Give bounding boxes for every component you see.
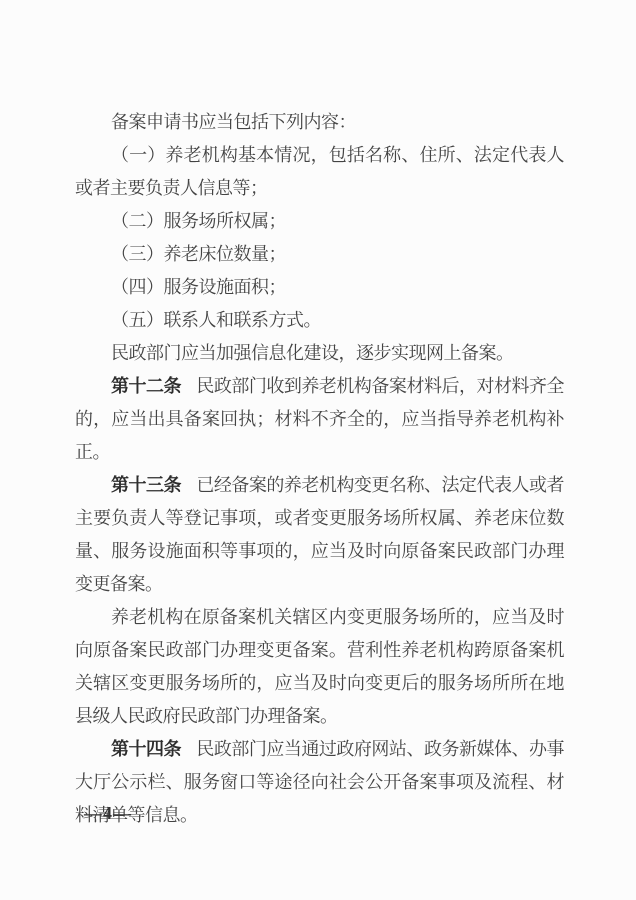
paragraph-text: （三）养老床位数量； (111, 244, 286, 264)
paragraph: （一）养老机构基本情况，包括名称、住所、法定代表人或者主要负责人信息等； (75, 139, 564, 205)
paragraph: 备案申请书应当包括下列内容： (75, 106, 564, 139)
article-number: 第十四条 (111, 739, 181, 759)
paragraph-text: （二）服务场所权属； (111, 211, 286, 231)
paragraph: 民政部门应当加强信息化建设，逐步实现网上备案。 (75, 337, 564, 370)
paragraph-text: 备案申请书应当包括下列内容： (111, 112, 356, 132)
paragraph: （三）养老床位数量； (75, 238, 564, 271)
paragraph: （二）服务场所权属； (75, 205, 564, 238)
page-number: —4— (84, 803, 132, 824)
paragraph: 第十四条民政部门应当通过政府网站、政务新媒体、办事大厅公示栏、服务窗口等途径向社… (75, 733, 564, 832)
paragraph: （五）联系人和联系方式。 (75, 304, 564, 337)
article-number: 第十二条 (111, 376, 181, 396)
paragraph: （四）服务设施面积； (75, 271, 564, 304)
paragraph-text: 养老机构在原备案机关辖区内变更服务场所的，应当及时向原备案民政部门办理变更备案。… (75, 607, 564, 726)
paragraph-text: 民政部门应当加强信息化建设，逐步实现网上备案。 (111, 343, 514, 363)
paragraph-text: （五）联系人和联系方式。 (111, 310, 321, 330)
paragraph: 第十三条已经备案的养老机构变更名称、法定代表人或者主要负责人等登记事项，或者变更… (75, 469, 564, 601)
paragraph: 养老机构在原备案机关辖区内变更服务场所的，应当及时向原备案民政部门办理变更备案。… (75, 601, 564, 733)
paragraph-text: （四）服务设施面积； (111, 277, 286, 297)
article-number: 第十三条 (111, 475, 181, 495)
document-page: 备案申请书应当包括下列内容：（一）养老机构基本情况，包括名称、住所、法定代表人或… (0, 0, 636, 900)
paragraph-text: （一）养老机构基本情况，包括名称、住所、法定代表人或者主要负责人信息等； (75, 145, 564, 198)
paragraph: 第十二条民政部门收到养老机构备案材料后，对材料齐全的，应当出具备案回执；材料不齐… (75, 370, 564, 469)
document-body: 备案申请书应当包括下列内容：（一）养老机构基本情况，包括名称、住所、法定代表人或… (75, 106, 564, 832)
